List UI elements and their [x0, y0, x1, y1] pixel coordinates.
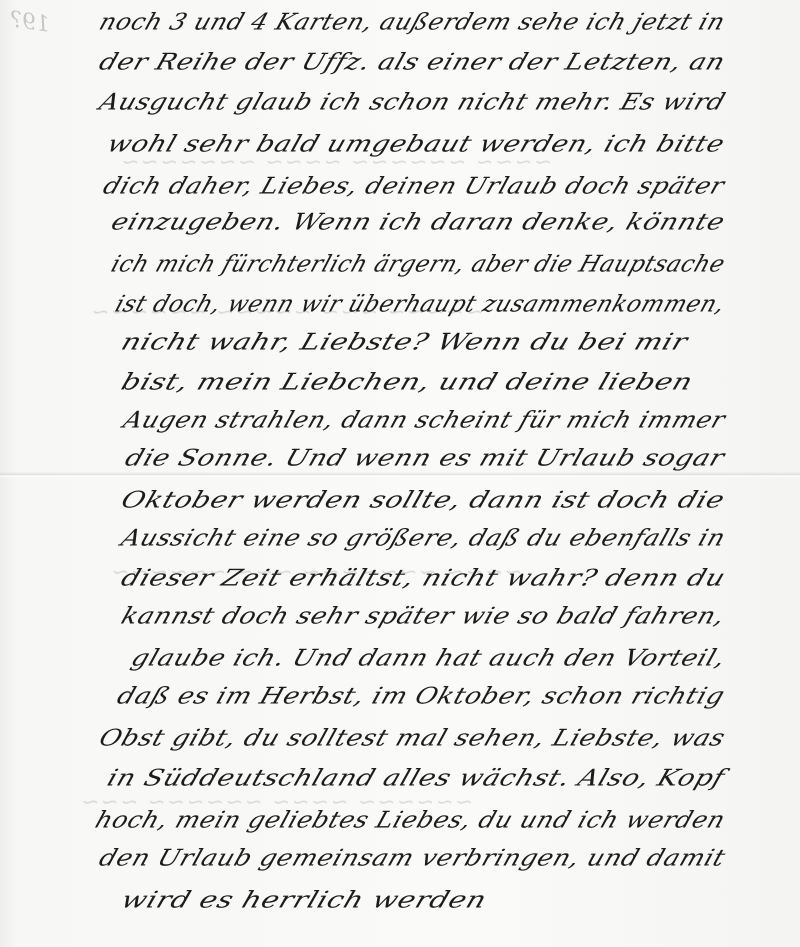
letter-line: Aussicht eine so größere, daß du ebenfal… — [118, 524, 729, 551]
letter-line: daß es im Herbst, im Oktober, schon rich… — [114, 682, 728, 709]
letter-line: noch 3 und 4 Karten, außerdem sehe ich j… — [96, 8, 729, 35]
letter-line: einzugeben. Wenn ich daran denke, könnte — [108, 208, 729, 235]
letter-line: den Urlaub gemeinsam verbringen, und dam… — [96, 844, 729, 871]
letter-line: nicht wahr, Liebste? Wenn du bei mir — [118, 328, 692, 355]
letter-line: Obst gibt, du solltest mal sehen, Liebst… — [96, 724, 729, 751]
letter-line: der Reihe der Uffz. als einer der Letzte… — [96, 48, 729, 75]
letter-line: ist doch, wenn wir überhaupt zusammenkom… — [112, 290, 729, 317]
letter-line: die Sonne. Und wenn es mit Urlaub sogar — [122, 444, 728, 471]
letter-line: dieser Zeit erhältst, nicht wahr? denn d… — [118, 564, 729, 591]
letter-line: in Süddeutschland alles wächst. Also, Ko… — [104, 764, 728, 791]
letter-line: Oktober werden sollte, dann ist doch die — [118, 486, 728, 513]
letter-line: dich daher, Liebes, deinen Urlaub doch s… — [100, 172, 728, 199]
letter-line: glaube ich. Und dann hat auch den Vortei… — [128, 644, 729, 671]
page-number: 19? — [8, 7, 51, 37]
letter-line: Augen strahlen, dann scheint für mich im… — [120, 406, 729, 433]
letter-line: wohl sehr bald umgebaut werden, ich bitt… — [104, 130, 728, 157]
letter-line: ich mich fürchterlich ärgern, aber die H… — [108, 250, 729, 277]
letter-line: wird es herrlich werden — [118, 886, 490, 913]
letter-line: kannst doch sehr später wie so bald fahr… — [118, 602, 729, 629]
letter-line: hoch, mein geliebtes Liebes, du und ich … — [92, 806, 729, 833]
paper-fold-crease — [0, 472, 800, 478]
letter-line: Ausgucht glaub ich schon nicht mehr. Es … — [96, 88, 729, 115]
letter-line: bist, mein Liebchen, und deine lieben — [118, 368, 697, 395]
